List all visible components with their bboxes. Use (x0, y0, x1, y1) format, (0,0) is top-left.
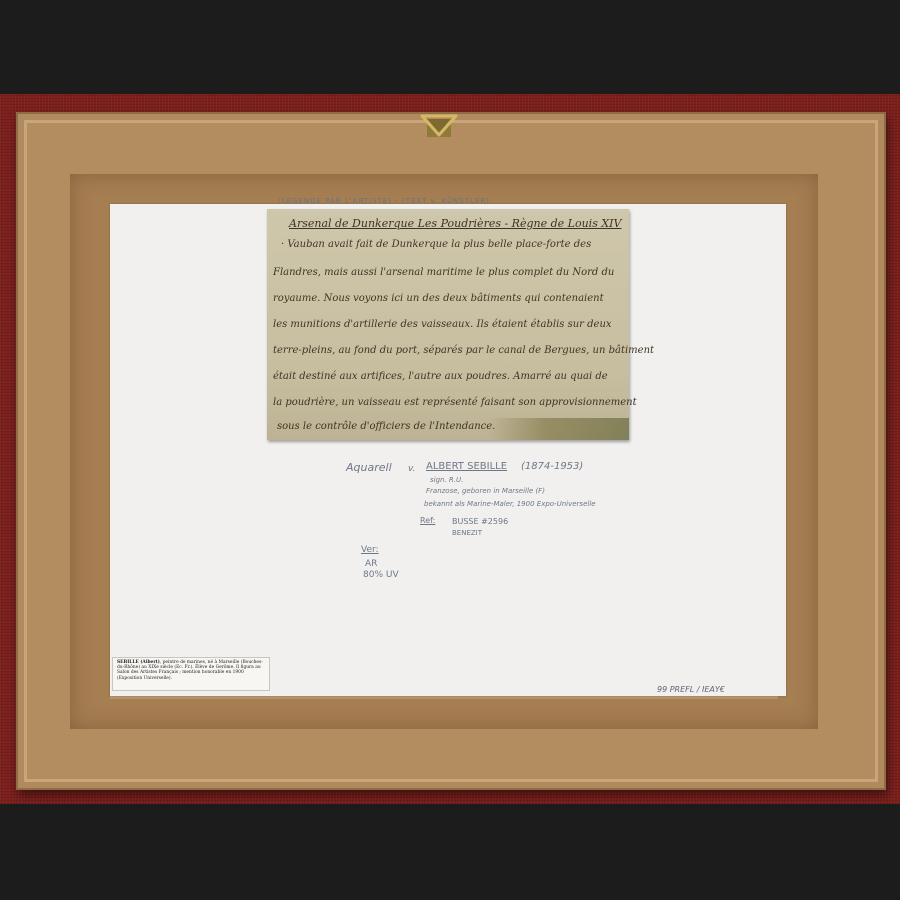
card-line: les munitions d'artillerie des vaisseaux… (273, 319, 612, 330)
card-line: · Vauban avait fait de Dunkerque la plus… (281, 239, 591, 250)
legend-caption: (LEGENDE PAR L'ARTISTE) - (TEXT v. KÜNST… (278, 197, 490, 205)
note-ref-1: BUSSE #2596 (452, 517, 508, 526)
card-line: royaume. Nous voyons ici un des deux bât… (273, 293, 604, 304)
note-signature: sign. R.U. (430, 476, 463, 484)
card-line: était destiné aux artifices, l'autre aux… (273, 371, 608, 382)
card-title: Arsenal de Dunkerque Les Poudrières - Rè… (289, 217, 621, 230)
triangle-hanger-icon (419, 113, 459, 139)
card-line: sous le contrôle d'officiers de l'Intend… (277, 421, 495, 432)
note-known-for: bekannt als Marine-Maler, 1900 Expo-Univ… (424, 500, 596, 508)
description-card: Arsenal de Dunkerque Les Poudrières - Rè… (267, 209, 629, 440)
note-nationality: Franzose, geboren in Marseille (F) (426, 487, 545, 495)
printed-dictionary-label: SEBILLE (Albert), peintre de marines, né… (112, 657, 270, 691)
card-line: Flandres, mais aussi l'arsenal maritime … (273, 267, 614, 278)
note-ref-label: Ref: (420, 516, 435, 525)
note-ver-label: Ver: (361, 545, 379, 555)
note-ref-2: BENEZIT (452, 529, 482, 537)
note-ver-1: AR (365, 559, 377, 569)
price-note: 99 PREFL / IEAY€ (657, 685, 725, 694)
note-artist: ALBERT SEBILLE (426, 461, 507, 472)
note-by: v. (408, 464, 415, 474)
note-ver-2: 80% UV (363, 570, 399, 580)
card-line: terre-pleins, au fond du port, séparés p… (273, 345, 654, 356)
card-stain (489, 418, 629, 440)
note-dates: (1874-1953) (521, 461, 583, 472)
note-medium: Aquarell (346, 461, 392, 474)
card-line: la poudrière, un vaisseau est représenté… (273, 397, 637, 408)
